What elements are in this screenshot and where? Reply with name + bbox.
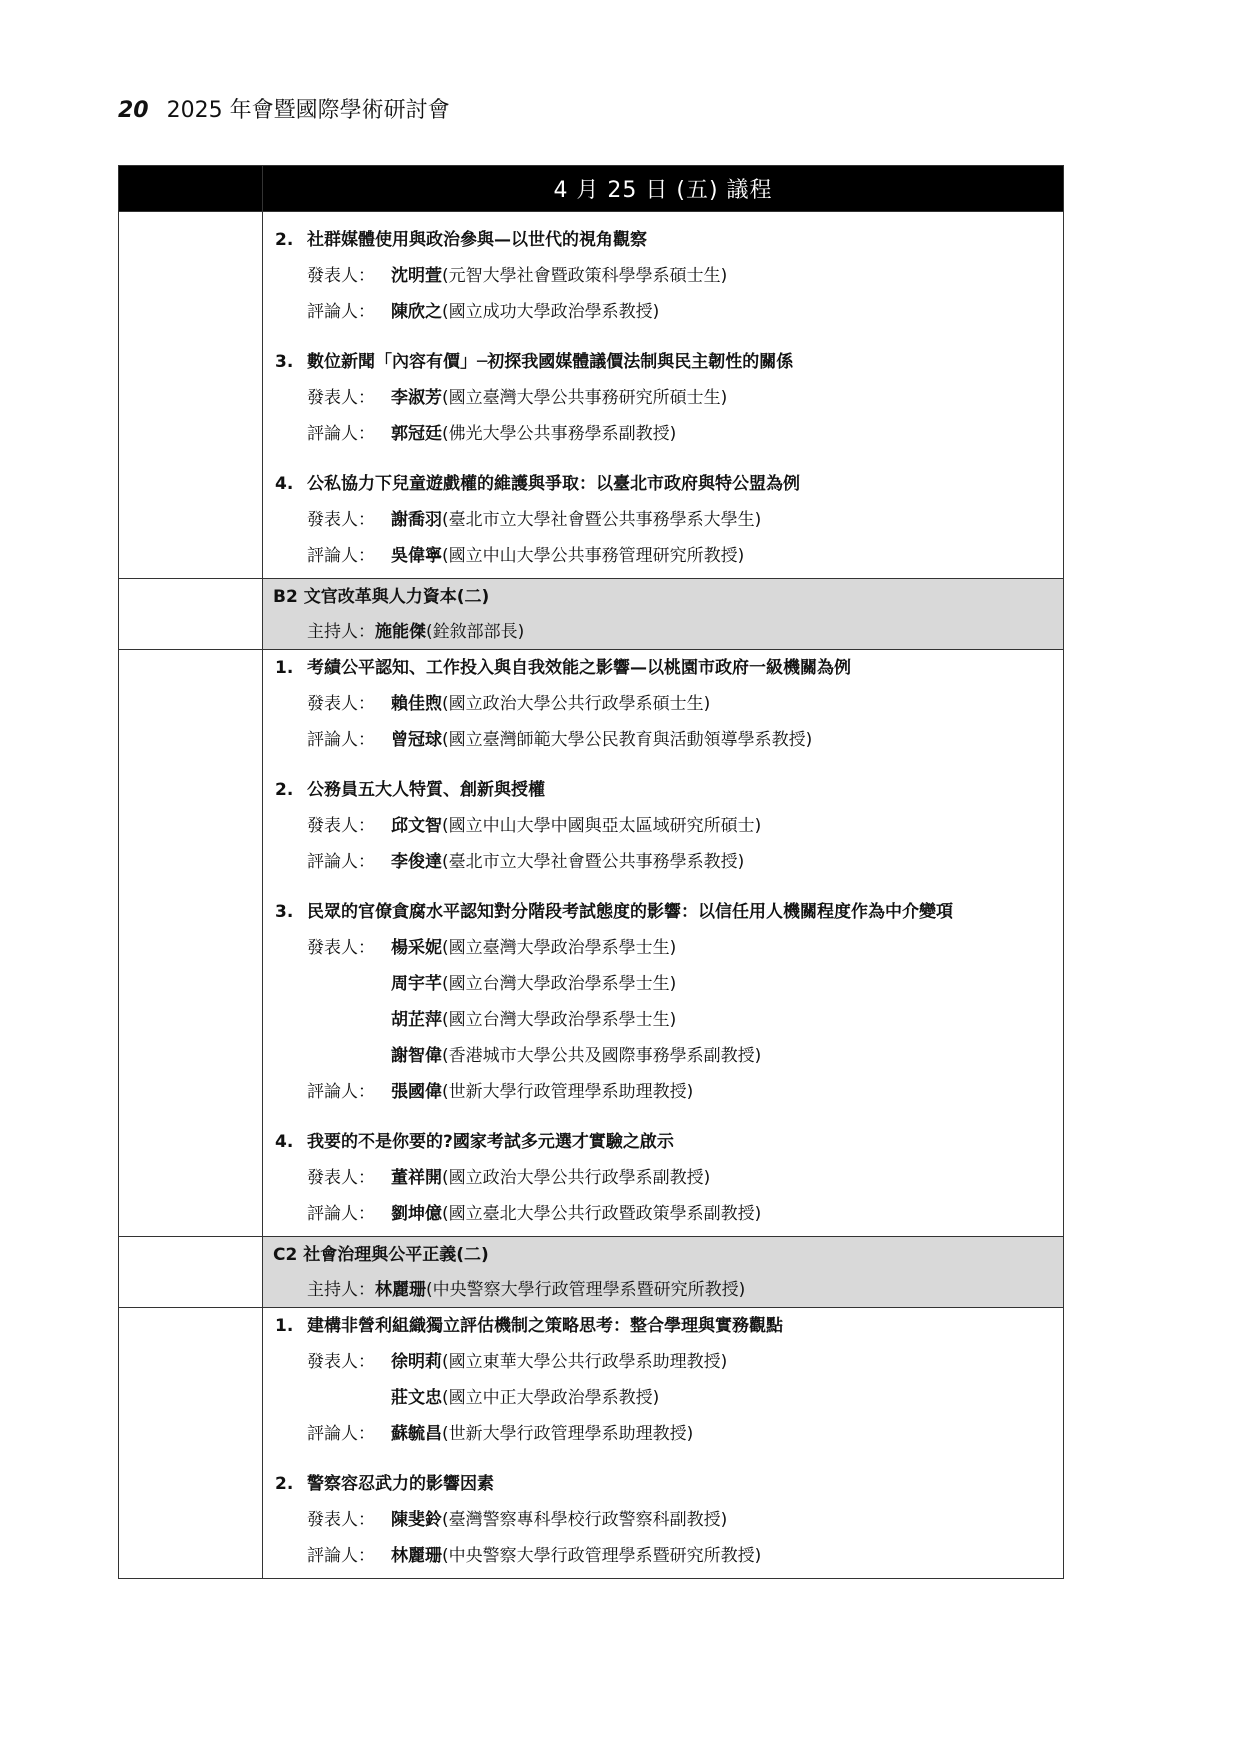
discussant-label: 評論人： — [307, 1196, 391, 1232]
presenter-affiliation: (國立臺灣大學公共事務研究所碩士生) — [442, 388, 727, 408]
session-header: B2 文官改革與人力資本(二) 主持人：施能傑(銓敘部部長) — [263, 579, 1064, 650]
host-name: 施能傑 — [375, 622, 426, 642]
presenter-name: 陳斐鈴 — [391, 1510, 442, 1530]
paper-number: 2. — [275, 772, 293, 808]
paper-title: 數位新聞「內容有價」─初探我國媒體議價法制與民主韌性的關係 — [307, 352, 793, 372]
discussant-label: 評論人： — [307, 538, 391, 574]
discussant-line: 評論人：蘇毓昌(世新大學行政管理學系助理教授) — [263, 1416, 1063, 1452]
presenter-name: 邱文智 — [391, 816, 442, 836]
discussant-label: 評論人： — [307, 294, 391, 330]
paper-list: 2.社群媒體使用與政治參與—以世代的視角觀察 發表人：沈明萱(元智大學社會暨政策… — [263, 212, 1064, 579]
paper-title: 我要的不是你要的?國家考試多元選才實驗之啟示 — [307, 1132, 674, 1152]
time-cell — [119, 579, 263, 650]
session-header: C2 社會治理與公平正義(二) 主持人：林麗珊(中央警察大學行政管理學系暨研究所… — [263, 1237, 1064, 1308]
presenter-line: 發表人：邱文智(國立中山大學中國與亞太區域研究所碩士) — [263, 808, 1063, 844]
discussant-affiliation: (世新大學行政管理學系助理教授) — [442, 1082, 693, 1102]
presenter-name: 楊采妮 — [391, 938, 442, 958]
discussant-affiliation: (國立中山大學公共事務管理研究所教授) — [442, 546, 744, 566]
session-b2-papers-row: 1.考績公平認知、工作投入與自我效能之影響—以桃園市政府一級機關為例 發表人：賴… — [119, 650, 1064, 1237]
paper-title: 警察容忍武力的影響因素 — [307, 1474, 494, 1494]
page-number: 20 — [118, 98, 149, 123]
discussant-name: 蘇毓昌 — [391, 1424, 442, 1444]
host-affiliation: (中央警察大學行政管理學系暨研究所教授) — [426, 1280, 745, 1300]
paper-number: 1. — [275, 650, 293, 686]
discussant-name: 陳欣之 — [391, 302, 442, 322]
host-line: 主持人：施能傑(銓敘部部長) — [263, 615, 1063, 649]
presenter-affiliation: (國立臺灣大學政治學系學士生) — [442, 938, 676, 958]
session-a-papers-row: 2.社群媒體使用與政治參與—以世代的視角觀察 發表人：沈明萱(元智大學社會暨政策… — [119, 212, 1064, 579]
paper-item: 2.警察容忍武力的影響因素 發表人：陳斐鈴(臺灣警察專科學校行政警察科副教授) … — [263, 1466, 1063, 1574]
presenter-line: 發表人：董祥開(國立政治大學公共行政學系副教授) — [263, 1160, 1063, 1196]
session-title: C2 社會治理與公平正義(二) — [263, 1237, 1063, 1273]
presenter-name: 謝喬羽 — [391, 510, 442, 530]
host-name: 林麗珊 — [375, 1280, 426, 1300]
presenter-name: 董祥開 — [391, 1168, 442, 1188]
presenter-label: 發表人： — [307, 1344, 391, 1380]
discussant-label: 評論人： — [307, 416, 391, 452]
presenter-name: 沈明萱 — [391, 266, 442, 286]
page-header: 202025 年會暨國際學術研討會 — [118, 96, 450, 126]
presenter-affiliation: (國立中山大學中國與亞太區域研究所碩士) — [442, 816, 761, 836]
discussant-line: 評論人：郭冠廷(佛光大學公共事務學系副教授) — [263, 416, 1063, 452]
paper-item: 2.公務員五大人特質、創新與授權 發表人：邱文智(國立中山大學中國與亞太區域研究… — [263, 772, 1063, 880]
paper-item: 3.民眾的官僚貪腐水平認知對分階段考試態度的影響：以信任用人機關程度作為中介變項… — [263, 894, 1063, 1110]
host-label: 主持人： — [307, 622, 375, 642]
paper-title: 公私協力下兒童遊戲權的維護與爭取：以臺北市政府與特公盟為例 — [307, 474, 800, 494]
agenda-table: 4 月 25 日 (五) 議程 2.社群媒體使用與政治參與—以世代的視角觀察 發… — [118, 165, 1064, 1579]
discussant-affiliation: (臺北市立大學社會暨公共事務學系教授) — [442, 852, 744, 872]
presenter-name: 莊文忠 — [391, 1388, 442, 1408]
paper-number: 4. — [275, 1124, 293, 1160]
discussant-label: 評論人： — [307, 1416, 391, 1452]
discussant-name: 李俊達 — [391, 852, 442, 872]
host-affiliation: (銓敘部部長) — [426, 622, 524, 642]
discussant-name: 吳偉寧 — [391, 546, 442, 566]
discussant-name: 張國偉 — [391, 1082, 442, 1102]
presenter-line: 發表人：沈明萱(元智大學社會暨政策科學學系碩士生) — [263, 258, 1063, 294]
discussant-label: 評論人： — [307, 844, 391, 880]
discussant-label: 評論人： — [307, 1538, 391, 1574]
discussant-affiliation: (國立臺灣師範大學公民教育與活動領導學系教授) — [442, 730, 812, 750]
presenter-affiliation: (國立台灣大學政治學系學士生) — [442, 974, 676, 994]
presenter-label: 發表人： — [307, 380, 391, 416]
presenter-label: 發表人： — [307, 808, 391, 844]
presenter-label: 發表人： — [307, 502, 391, 538]
presenter-affiliation: (國立東華大學公共行政學系助理教授) — [442, 1352, 727, 1372]
presenter-affiliation: (臺北市立大學社會暨公共事務學系大學生) — [442, 510, 761, 530]
presenter-label: 發表人： — [307, 1502, 391, 1538]
presenter-name: 胡芷萍 — [391, 1010, 442, 1030]
discussant-name: 曾冠球 — [391, 730, 442, 750]
presenter-name: 謝智偉 — [391, 1046, 442, 1066]
discussant-line: 評論人：吳偉寧(國立中山大學公共事務管理研究所教授) — [263, 538, 1063, 574]
presenter-name: 徐明莉 — [391, 1352, 442, 1372]
presenter-line: 發表人：莊文忠(國立中正大學政治學系教授) — [263, 1380, 1063, 1416]
presenter-line: 發表人：徐明莉(國立東華大學公共行政學系助理教授) — [263, 1344, 1063, 1380]
presenter-line: 發表人：陳斐鈴(臺灣警察專科學校行政警察科副教授) — [263, 1502, 1063, 1538]
paper-number: 2. — [275, 1466, 293, 1502]
presenter-line: 發表人：謝喬羽(臺北市立大學社會暨公共事務學系大學生) — [263, 502, 1063, 538]
paper-number: 3. — [275, 894, 293, 930]
presenter-line: 發表人：周宇芊(國立台灣大學政治學系學士生) — [263, 966, 1063, 1002]
session-c2-header-row: C2 社會治理與公平正義(二) 主持人：林麗珊(中央警察大學行政管理學系暨研究所… — [119, 1237, 1064, 1308]
presenter-name: 賴佳煦 — [391, 694, 442, 714]
presenter-affiliation: (國立台灣大學政治學系學士生) — [442, 1010, 676, 1030]
discussant-line: 評論人：陳欣之(國立成功大學政治學系教授) — [263, 294, 1063, 330]
paper-number: 3. — [275, 344, 293, 380]
presenter-affiliation: (元智大學社會暨政策科學學系碩士生) — [442, 266, 727, 286]
discussant-line: 評論人：張國偉(世新大學行政管理學系助理教授) — [263, 1074, 1063, 1110]
paper-item: 4.我要的不是你要的?國家考試多元選才實驗之啟示 發表人：董祥開(國立政治大學公… — [263, 1124, 1063, 1232]
presenter-label: 發表人： — [307, 686, 391, 722]
host-line: 主持人：林麗珊(中央警察大學行政管理學系暨研究所教授) — [263, 1273, 1063, 1307]
paper-item: 4.公私協力下兒童遊戲權的維護與爭取：以臺北市政府與特公盟為例 發表人：謝喬羽(… — [263, 466, 1063, 574]
presenter-label: 發表人： — [307, 258, 391, 294]
presenter-line: 發表人：胡芷萍(國立台灣大學政治學系學士生) — [263, 1002, 1063, 1038]
paper-list: 1.建構非營利組織獨立評估機制之策略思考：整合學理與實務觀點 發表人：徐明莉(國… — [263, 1308, 1064, 1579]
presenter-line: 發表人：李淑芳(國立臺灣大學公共事務研究所碩士生) — [263, 380, 1063, 416]
time-cell — [119, 212, 263, 579]
presenter-affiliation: (國立政治大學公共行政學系碩士生) — [442, 694, 710, 714]
discussant-name: 林麗珊 — [391, 1546, 442, 1566]
paper-title: 社群媒體使用與政治參與—以世代的視角觀察 — [307, 230, 647, 250]
agenda-header-row: 4 月 25 日 (五) 議程 — [119, 166, 1064, 212]
paper-title: 建構非營利組織獨立評估機制之策略思考：整合學理與實務觀點 — [307, 1316, 783, 1336]
presenter-line: 發表人：楊采妮(國立臺灣大學政治學系學士生) — [263, 930, 1063, 966]
presenter-label: 發表人： — [307, 930, 391, 966]
discussant-label: 評論人： — [307, 722, 391, 758]
paper-title: 民眾的官僚貪腐水平認知對分階段考試態度的影響：以信任用人機關程度作為中介變項 — [307, 902, 953, 922]
session-title: B2 文官改革與人力資本(二) — [263, 579, 1063, 615]
paper-number: 2. — [275, 222, 293, 258]
paper-list: 1.考績公平認知、工作投入與自我效能之影響—以桃園市政府一級機關為例 發表人：賴… — [263, 650, 1064, 1237]
presenter-line: 發表人：謝智偉(香港城市大學公共及國際事務學系副教授) — [263, 1038, 1063, 1074]
time-cell — [119, 650, 263, 1237]
time-cell — [119, 1308, 263, 1579]
session-b2-header-row: B2 文官改革與人力資本(二) 主持人：施能傑(銓敘部部長) — [119, 579, 1064, 650]
presenter-line: 發表人：賴佳煦(國立政治大學公共行政學系碩士生) — [263, 686, 1063, 722]
discussant-line: 評論人：劉坤億(國立臺北大學公共行政暨政策學系副教授) — [263, 1196, 1063, 1232]
discussant-name: 郭冠廷 — [391, 424, 442, 444]
discussant-affiliation: (中央警察大學行政管理學系暨研究所教授) — [442, 1546, 761, 1566]
agenda-date-title: 4 月 25 日 (五) 議程 — [263, 166, 1064, 212]
paper-number: 1. — [275, 1308, 293, 1344]
discussant-line: 評論人：曾冠球(國立臺灣師範大學公民教育與活動領導學系教授) — [263, 722, 1063, 758]
discussant-affiliation: (國立臺北大學公共行政暨政策學系副教授) — [442, 1204, 761, 1224]
time-column-header — [119, 166, 263, 212]
paper-item: 1.建構非營利組織獨立評估機制之策略思考：整合學理與實務觀點 發表人：徐明莉(國… — [263, 1308, 1063, 1452]
paper-number: 4. — [275, 466, 293, 502]
discussant-affiliation: (佛光大學公共事務學系副教授) — [442, 424, 676, 444]
presenter-affiliation: (香港城市大學公共及國際事務學系副教授) — [442, 1046, 761, 1066]
discussant-label: 評論人： — [307, 1074, 391, 1110]
paper-item: 3.數位新聞「內容有價」─初探我國媒體議價法制與民主韌性的關係 發表人：李淑芳(… — [263, 344, 1063, 452]
presenter-affiliation: (國立中正大學政治學系教授) — [442, 1388, 659, 1408]
presenter-affiliation: (國立政治大學公共行政學系副教授) — [442, 1168, 710, 1188]
paper-title: 公務員五大人特質、創新與授權 — [307, 780, 545, 800]
document-title: 2025 年會暨國際學術研討會 — [167, 98, 450, 123]
discussant-affiliation: (國立成功大學政治學系教授) — [442, 302, 659, 322]
presenter-name: 周宇芊 — [391, 974, 442, 994]
paper-item: 1.考績公平認知、工作投入與自我效能之影響—以桃園市政府一級機關為例 發表人：賴… — [263, 650, 1063, 758]
discussant-affiliation: (世新大學行政管理學系助理教授) — [442, 1424, 693, 1444]
paper-title: 考績公平認知、工作投入與自我效能之影響—以桃園市政府一級機關為例 — [307, 658, 851, 678]
paper-item: 2.社群媒體使用與政治參與—以世代的視角觀察 發表人：沈明萱(元智大學社會暨政策… — [263, 222, 1063, 330]
presenter-affiliation: (臺灣警察專科學校行政警察科副教授) — [442, 1510, 727, 1530]
discussant-line: 評論人：李俊達(臺北市立大學社會暨公共事務學系教授) — [263, 844, 1063, 880]
host-label: 主持人： — [307, 1280, 375, 1300]
session-c2-papers-row: 1.建構非營利組織獨立評估機制之策略思考：整合學理與實務觀點 發表人：徐明莉(國… — [119, 1308, 1064, 1579]
discussant-line: 評論人：林麗珊(中央警察大學行政管理學系暨研究所教授) — [263, 1538, 1063, 1574]
time-cell — [119, 1237, 263, 1308]
discussant-name: 劉坤億 — [391, 1204, 442, 1224]
presenter-name: 李淑芳 — [391, 388, 442, 408]
presenter-label: 發表人： — [307, 1160, 391, 1196]
